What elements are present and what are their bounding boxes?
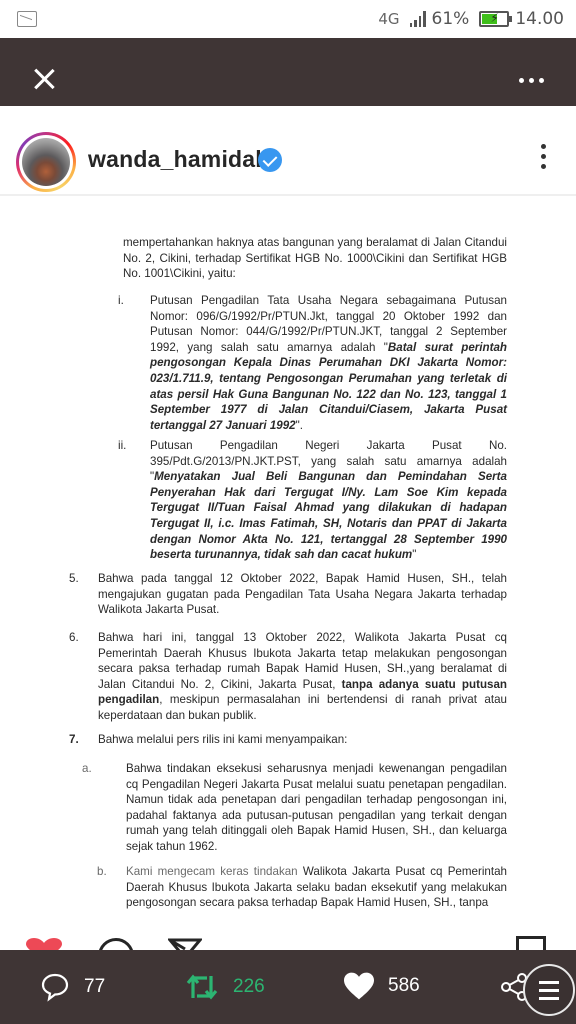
viewer-top-bar [0,38,576,106]
subitem-marker: a. [82,761,92,777]
avatar-image [22,138,70,186]
status-bar: 4G 61% ⚡ 14.00 [0,0,576,38]
point-marker: 6. [69,630,79,646]
point-marker: 5. [69,571,79,587]
item-marker: ii. [118,438,126,454]
more-horizontal-icon[interactable] [519,78,544,83]
repost-icon [185,972,219,1002]
comments-count: 77 [84,976,105,998]
doc-point-7b: Kami mengecam keras tindakan Walikota Ja… [126,864,507,911]
network-type: 4G [378,10,399,28]
doc-item-ii: Putusan Pengadilan Negeri Jakarta Pusat … [150,438,507,563]
doc-point-5: Bahwa pada tanggal 12 Oktober 2022, Bapa… [98,571,507,618]
more-vertical-icon[interactable] [541,144,546,169]
like-button[interactable]: 586 [344,972,420,1000]
point-marker: 7. [69,732,79,748]
repost-count: 226 [233,976,265,998]
battery-percent: 61% [432,9,470,29]
item-marker: i. [118,293,124,309]
heart-icon [344,972,374,1000]
post-header: wanda_hamidah [0,106,576,196]
doc-intro: mempertahankan haknya atas bangunan yang… [123,235,507,282]
comments-button[interactable]: 77 [40,972,105,1002]
bottom-bar: 77 226 586 [0,950,576,1024]
subitem-marker: b. [97,864,107,880]
verified-badge-icon [258,148,282,172]
close-icon[interactable] [30,66,58,94]
avatar[interactable] [16,132,76,192]
post-image-document: mempertahankan haknya atas bangunan yang… [0,198,576,938]
image-icon [17,11,37,27]
doc-point-7: Bahwa melalui pers rilis ini kami menyam… [98,732,507,748]
signal-icon [410,11,426,27]
battery-icon: ⚡ [479,11,509,27]
likes-count: 586 [388,975,420,997]
menu-fab-button[interactable] [523,964,575,1016]
username[interactable]: wanda_hamidah [88,146,270,173]
doc-item-i: Putusan Pengadilan Tata Usaha Negara seb… [150,293,507,433]
doc-point-6: Bahwa hari ini, tanggal 13 Oktober 2022,… [98,630,507,724]
comment-bubble-icon [40,972,70,1002]
clock: 14.00 [515,9,564,29]
repost-button[interactable]: 226 [185,972,265,1002]
doc-point-7a: Bahwa tindakan eksekusi seharusnya menja… [126,761,507,855]
